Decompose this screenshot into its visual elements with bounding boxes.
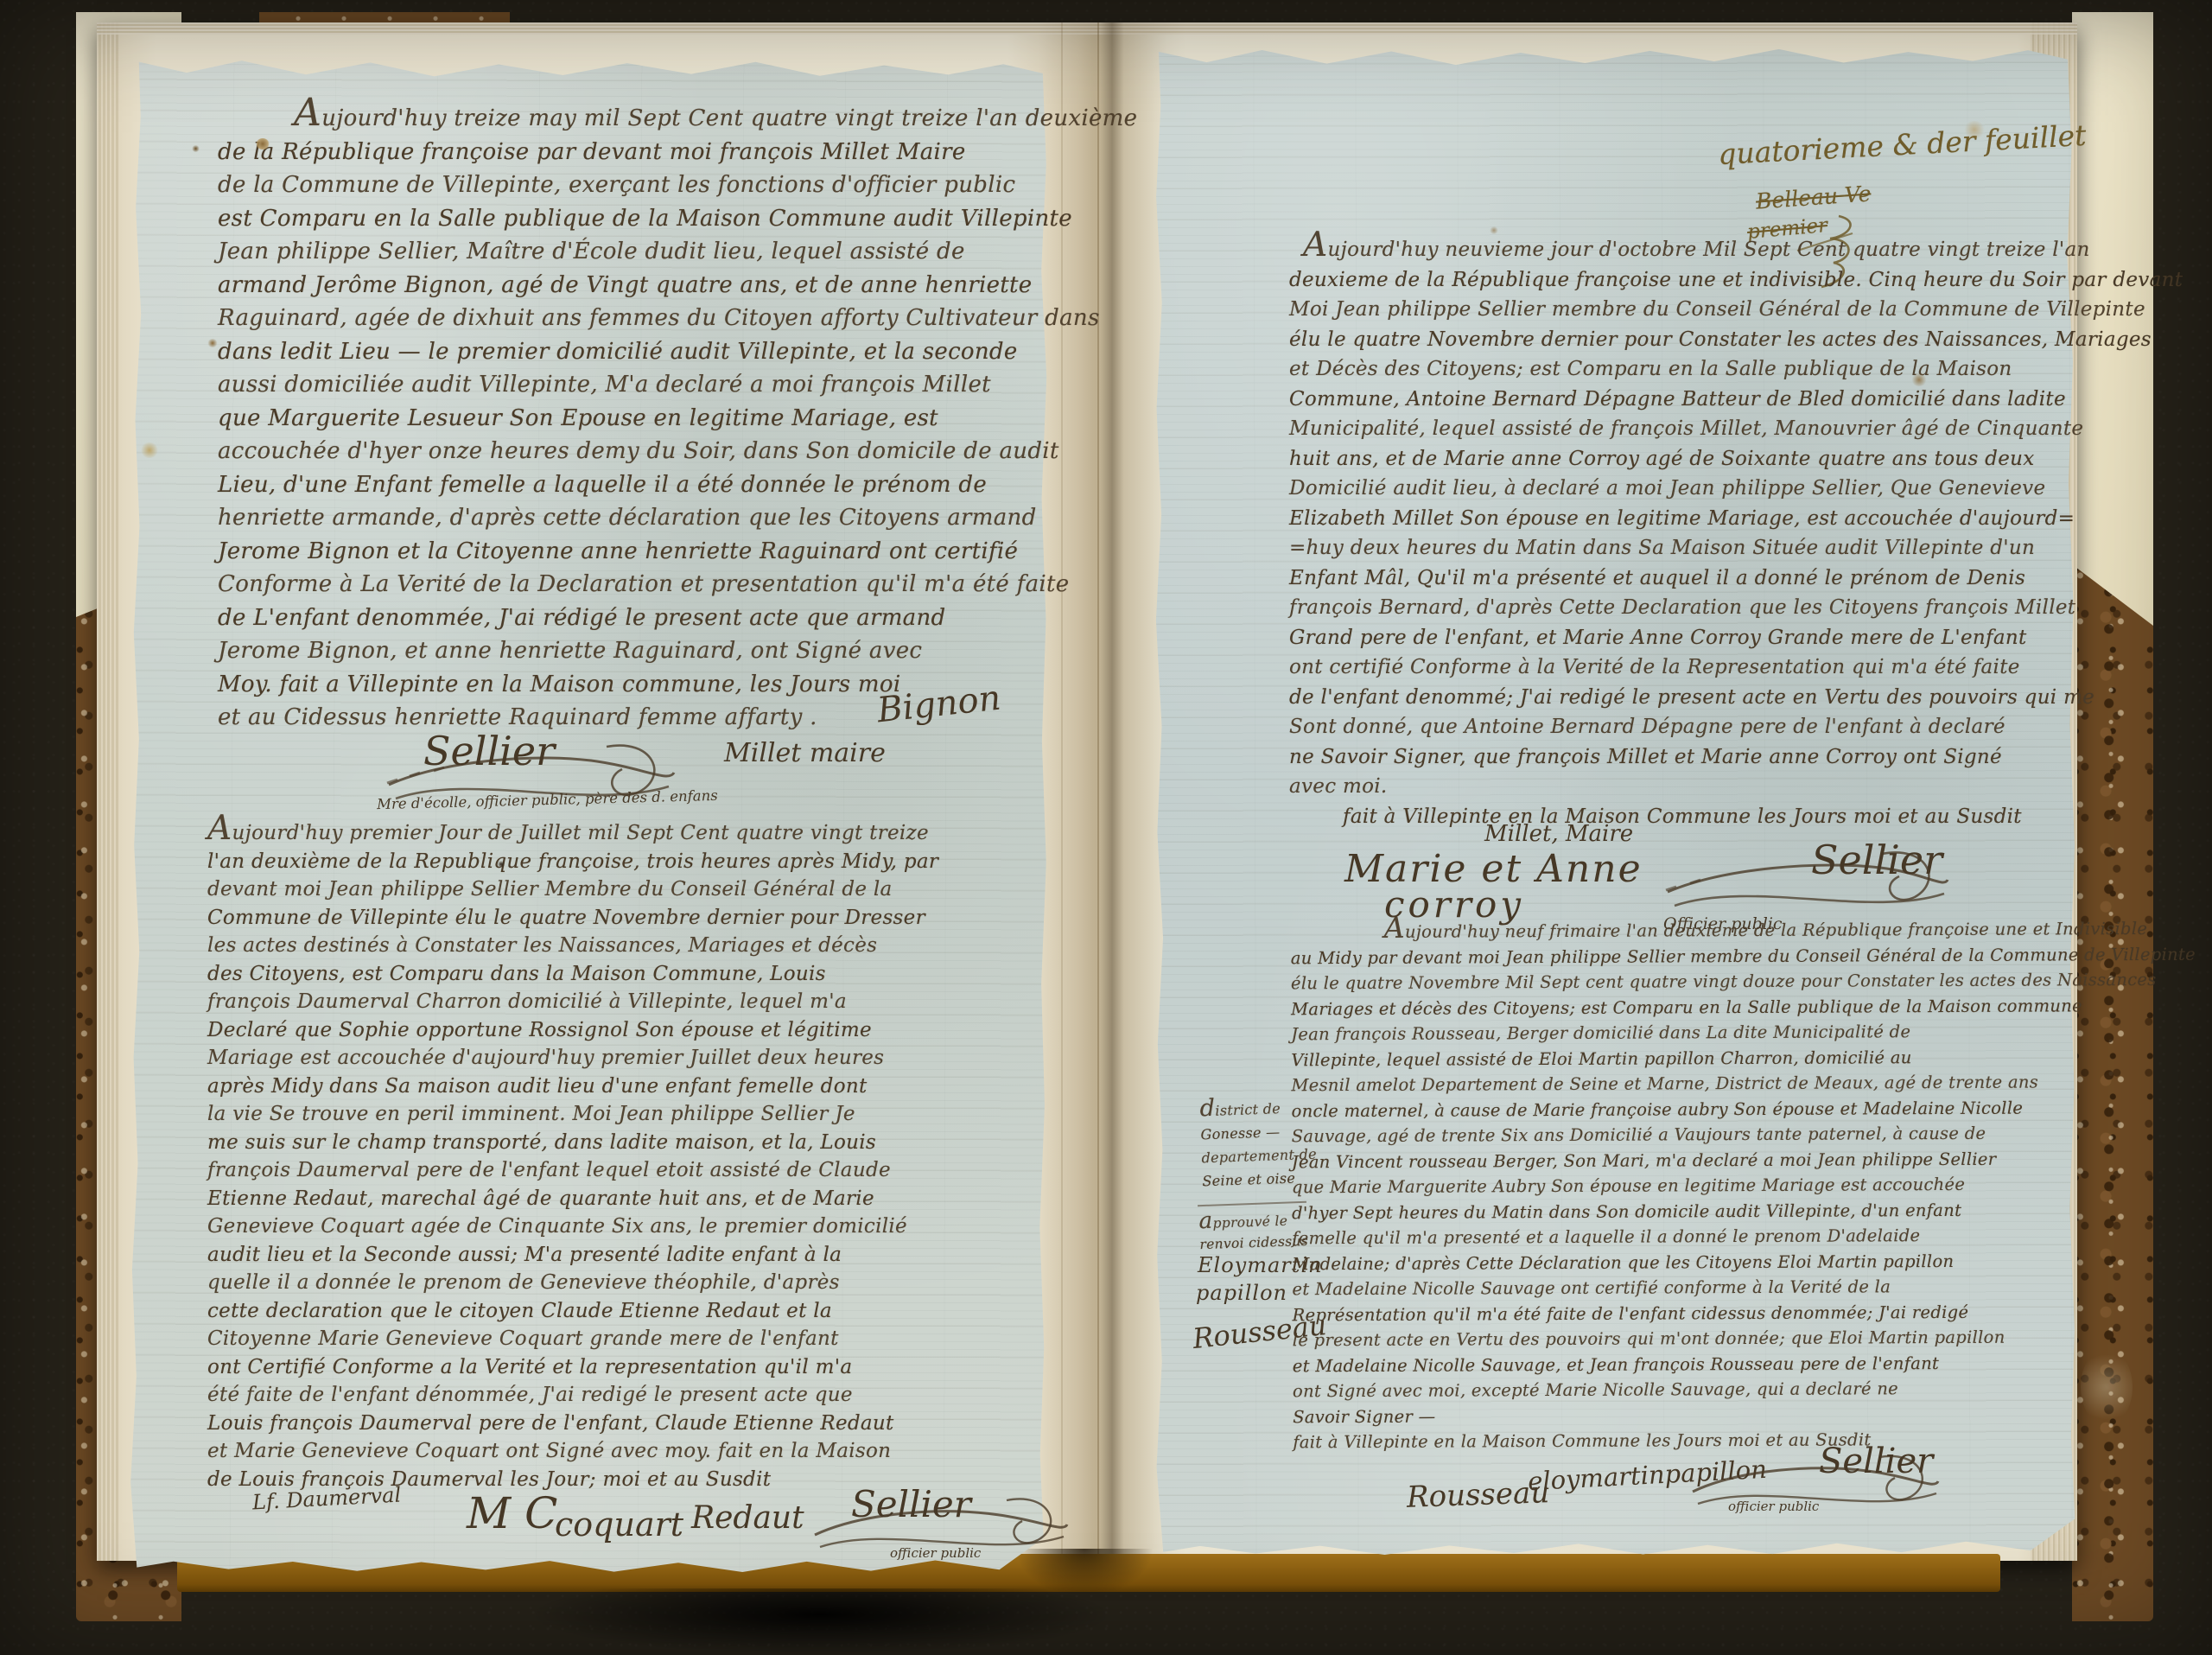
handwritten-line: devant moi Jean philippe Sellier Membre … <box>207 875 938 904</box>
handwritten-line: femelle qu'il m'a presenté et a laquelle… <box>1292 1222 2196 1251</box>
handwritten-line: ont Certifié Conforme a la Verité et la … <box>207 1353 938 1382</box>
handwritten-line: ont certifié Conforme à la Verité de la … <box>1289 652 2183 683</box>
handwritten-line: Declaré que Sophie opportune Rossignol S… <box>207 1016 938 1045</box>
handwritten-line: henriette armande, d'après cette déclara… <box>218 501 1137 535</box>
handwritten-line: des Citoyens, est Comparu dans la Maison… <box>207 960 938 989</box>
handwritten-line: Louis françois Daumerval pere de l'enfan… <box>207 1410 938 1438</box>
handwritten-line: Sont donné, que Antoine Bernard Dépagne … <box>1289 712 2183 742</box>
handwritten-line: Citoyenne Marie Genevieve Coquart grande… <box>207 1325 938 1353</box>
handwritten-line: Villepinte, lequel assisté de Eloi Marti… <box>1291 1043 2196 1073</box>
handwritten-line: été faite de l'enfant dénommée, J'ai red… <box>207 1381 938 1410</box>
handwritten-line: Genevieve Coquart agée de Cinquante Six … <box>207 1213 938 1241</box>
handwritten-line: au Midy par devant moi Jean philippe Sel… <box>1291 941 2196 971</box>
handwritten-line: Domicilié audit lieu, à declaré a moi Je… <box>1289 474 2183 504</box>
handwritten-line: que Marguerite Lesueur Son Epouse en leg… <box>218 402 1137 436</box>
handwritten-line: ont Signé avec moi, excepté Marie Nicoll… <box>1293 1375 2197 1404</box>
signature-sellier-mid: Sellier <box>423 728 555 774</box>
handwritten-line: de l'enfant denommé; J'ai redigé le pres… <box>1289 683 2183 713</box>
handwritten-line: Enfant Mâl, Qu'il m'a présenté et auquel… <box>1289 563 2183 594</box>
signature-millet-maire-left: Millet maire <box>724 738 886 768</box>
page-edges-left <box>97 22 119 1561</box>
signature-initials-mc: M C <box>467 1488 557 1538</box>
handwritten-line: Municipalité, lequel assisté de françois… <box>1289 414 2183 444</box>
handwritten-line: Savoir Signer — <box>1293 1400 2197 1429</box>
signature-sellier-name: Sellier <box>1819 1442 1933 1481</box>
handwritten-line: Conforme à La Verité de la Declaration e… <box>218 568 1137 602</box>
act-birth-9-frimaire-an2: Aujourd'huy neuf frimaire l'an deuxieme … <box>1291 916 2198 1455</box>
handwritten-line: Lieu, d'une Enfant femelle a laquelle il… <box>218 468 1137 502</box>
handwritten-line: françois Daumerval Charron domicilié à V… <box>207 988 938 1016</box>
handwritten-line: oncle maternel, à cause de Marie françoi… <box>1292 1094 2196 1123</box>
handwritten-line: quelle il a donnée le prenom de Geneviev… <box>207 1269 938 1297</box>
handwritten-line: est Comparu en la Salle publique de la M… <box>218 202 1137 236</box>
signature-coquart: coquart <box>555 1505 683 1544</box>
handwritten-line: d'hyer Sept heures du Matin dans Son dom… <box>1292 1196 2196 1225</box>
handwritten-line: huit ans, et de Marie anne Corroy agé de… <box>1289 444 2183 474</box>
handwritten-line: deuxieme de la République françoise une … <box>1289 265 2183 296</box>
handwritten-line: que Marie Marguerite Aubry Son épouse en… <box>1292 1171 2196 1200</box>
handwritten-line: Mariages et décès des Citoyens; est Comp… <box>1291 992 2196 1022</box>
signature-sellier-name: Sellier <box>1811 837 1942 883</box>
signature-sellier-bottom-left: Sellier <box>851 1483 971 1525</box>
handwritten-line: Aujourd'huy premier Jour de Juillet mil … <box>207 819 938 848</box>
handwritten-line: Grand pere de l'enfant, et Marie Anne Co… <box>1289 623 2183 653</box>
signature-sellier-name: Sellier <box>851 1483 971 1525</box>
handwritten-line: les actes destinés à Constater les Naiss… <box>207 932 938 960</box>
act-birth-13-may-1793: Aujourd'huy treize may mil Sept Cent qua… <box>218 102 1137 735</box>
handwritten-line: et Madelaine Nicolle Sauvage ont certifi… <box>1292 1273 2196 1302</box>
handwritten-line: accouchée d'hyer onze heures demy du Soi… <box>218 435 1137 468</box>
handwritten-line: après Midy dans Sa maison audit lieu d'u… <box>207 1073 938 1101</box>
handwritten-line: et Madelaine Nicolle Sauvage, et Jean fr… <box>1293 1349 2197 1378</box>
handwritten-line: aussi domiciliée audit Villepinte, M'a d… <box>218 368 1137 402</box>
handwritten-line: Jean françois Rousseau, Berger domicilié… <box>1291 1018 2196 1047</box>
handwritten-line: Commune, Antoine Bernard Dépagne Batteur… <box>1289 385 2183 415</box>
handwritten-line: armand Jerôme Bignon, agé de Vingt quatr… <box>218 269 1137 302</box>
handwritten-line: me suis sur le champ transporté, dans la… <box>207 1129 938 1157</box>
handwritten-line: Commune de Villepinte élu le quatre Nove… <box>207 904 938 933</box>
handwritten-line: Sauvage, agé de trente Six ans Domicilié… <box>1292 1120 2196 1149</box>
handwritten-line: de la République françoise par devant mo… <box>218 136 1137 169</box>
handwritten-line: Aujourd'huy neuf frimaire l'an deuxieme … <box>1384 916 2196 945</box>
handwritten-line: Aujourd'huy treize may mil Sept Cent qua… <box>294 102 1137 136</box>
handwritten-line: de la Commune de Villepinte, exerçant le… <box>218 169 1137 202</box>
handwritten-line: Représentation qu'il m'a été faite de l'… <box>1293 1298 2197 1327</box>
handwritten-line: =huy deux heures du Matin dans Sa Maison… <box>1289 533 2183 563</box>
signature-sellier-name: Sellier <box>423 728 555 774</box>
cast-shadow <box>536 1588 1106 1654</box>
handwritten-line: la vie Se trouve en peril imminent. Moi … <box>207 1100 938 1129</box>
handwritten-line: Elizabeth Millet Son épouse en legitime … <box>1289 504 2183 534</box>
signature-millet-maire-right: Millet, Maire <box>1484 821 1633 847</box>
handwritten-line: Moi Jean philippe Sellier membre du Cons… <box>1289 295 2183 325</box>
handwritten-line: Jerome Bignon et la Citoyenne anne henri… <box>218 535 1137 569</box>
handwritten-line: Jean philippe Sellier, Maître d'École du… <box>218 235 1137 269</box>
handwritten-line: audit lieu et la Seconde aussi; M'a pres… <box>207 1241 938 1270</box>
handwritten-line: Jean Vincent rousseau Berger, Son Mari, … <box>1292 1145 2196 1174</box>
signature-note-officier-public: officier public <box>890 1545 981 1561</box>
signature-sellier-mid-right: Sellier <box>1811 837 1942 883</box>
handwritten-line: et Décès des Citoyens; est Comparu en la… <box>1289 354 2183 385</box>
handwritten-line: l'an deuxième de la Republique françoise… <box>207 848 938 876</box>
handwritten-line: Aujourd'huy neuvieme jour d'octobre Mil … <box>1303 235 2183 265</box>
handwritten-line: de L'enfant denommée, J'ai rédigé le pre… <box>218 602 1137 635</box>
margin-signature-papillon: papillon <box>1196 1281 1287 1305</box>
handwritten-line: Mesnil amelot Departement de Seine et Ma… <box>1291 1069 2196 1098</box>
handwritten-line: élu le quatre Novembre dernier pour Cons… <box>1289 325 2183 355</box>
signature-sellier-bottom-right: Sellier <box>1819 1442 1933 1481</box>
signature-redaut: Redaut <box>691 1500 804 1536</box>
handwritten-line: Mariage est accouchée d'aujourd'huy prem… <box>207 1044 938 1073</box>
handwritten-line: dans ledit Lieu — le premier domicilié a… <box>218 335 1137 369</box>
handwritten-line: fait à Villepinte en la Maison Commune l… <box>1343 802 2183 832</box>
handwritten-line: le present acte en Vertu des pouvoirs qu… <box>1293 1324 2197 1353</box>
manuscript-register-photo: Aujourd'huy treize may mil Sept Cent qua… <box>0 0 2212 1655</box>
handwritten-line: et Marie Genevieve Coquart ont Signé ave… <box>207 1437 938 1466</box>
handwritten-line: Jerome Bignon, et anne henriette Raguina… <box>218 634 1137 668</box>
handwritten-line: Raguinard, agée de dixhuit ans femmes du… <box>218 302 1137 335</box>
handwritten-line: cette declaration que le citoyen Claude … <box>207 1297 938 1326</box>
handwritten-line: françois Daumerval pere de l'enfant lequ… <box>207 1156 938 1185</box>
handwritten-line: ne Savoir Signer, que françois Millet et… <box>1289 742 2183 773</box>
act-birth-1-july-1793: Aujourd'huy premier Jour de Juillet mil … <box>207 819 938 1493</box>
handwritten-line: françois Bernard, d'après Cette Declarat… <box>1289 593 2183 623</box>
handwritten-line: avec moi. <box>1289 772 2183 802</box>
handwritten-line: Etienne Redaut, marechal âgé de quarante… <box>207 1185 938 1213</box>
handwritten-line: Madelaine; d'après Cette Déclaration que… <box>1292 1247 2196 1276</box>
handwritten-line: élu le quatre Novembre Mil Sept cent qua… <box>1291 967 2196 996</box>
signature-note-officier-public: officier public <box>1728 1499 1819 1514</box>
act-birth-9-october-1793: Aujourd'huy neuvieme jour d'octobre Mil … <box>1289 235 2183 831</box>
